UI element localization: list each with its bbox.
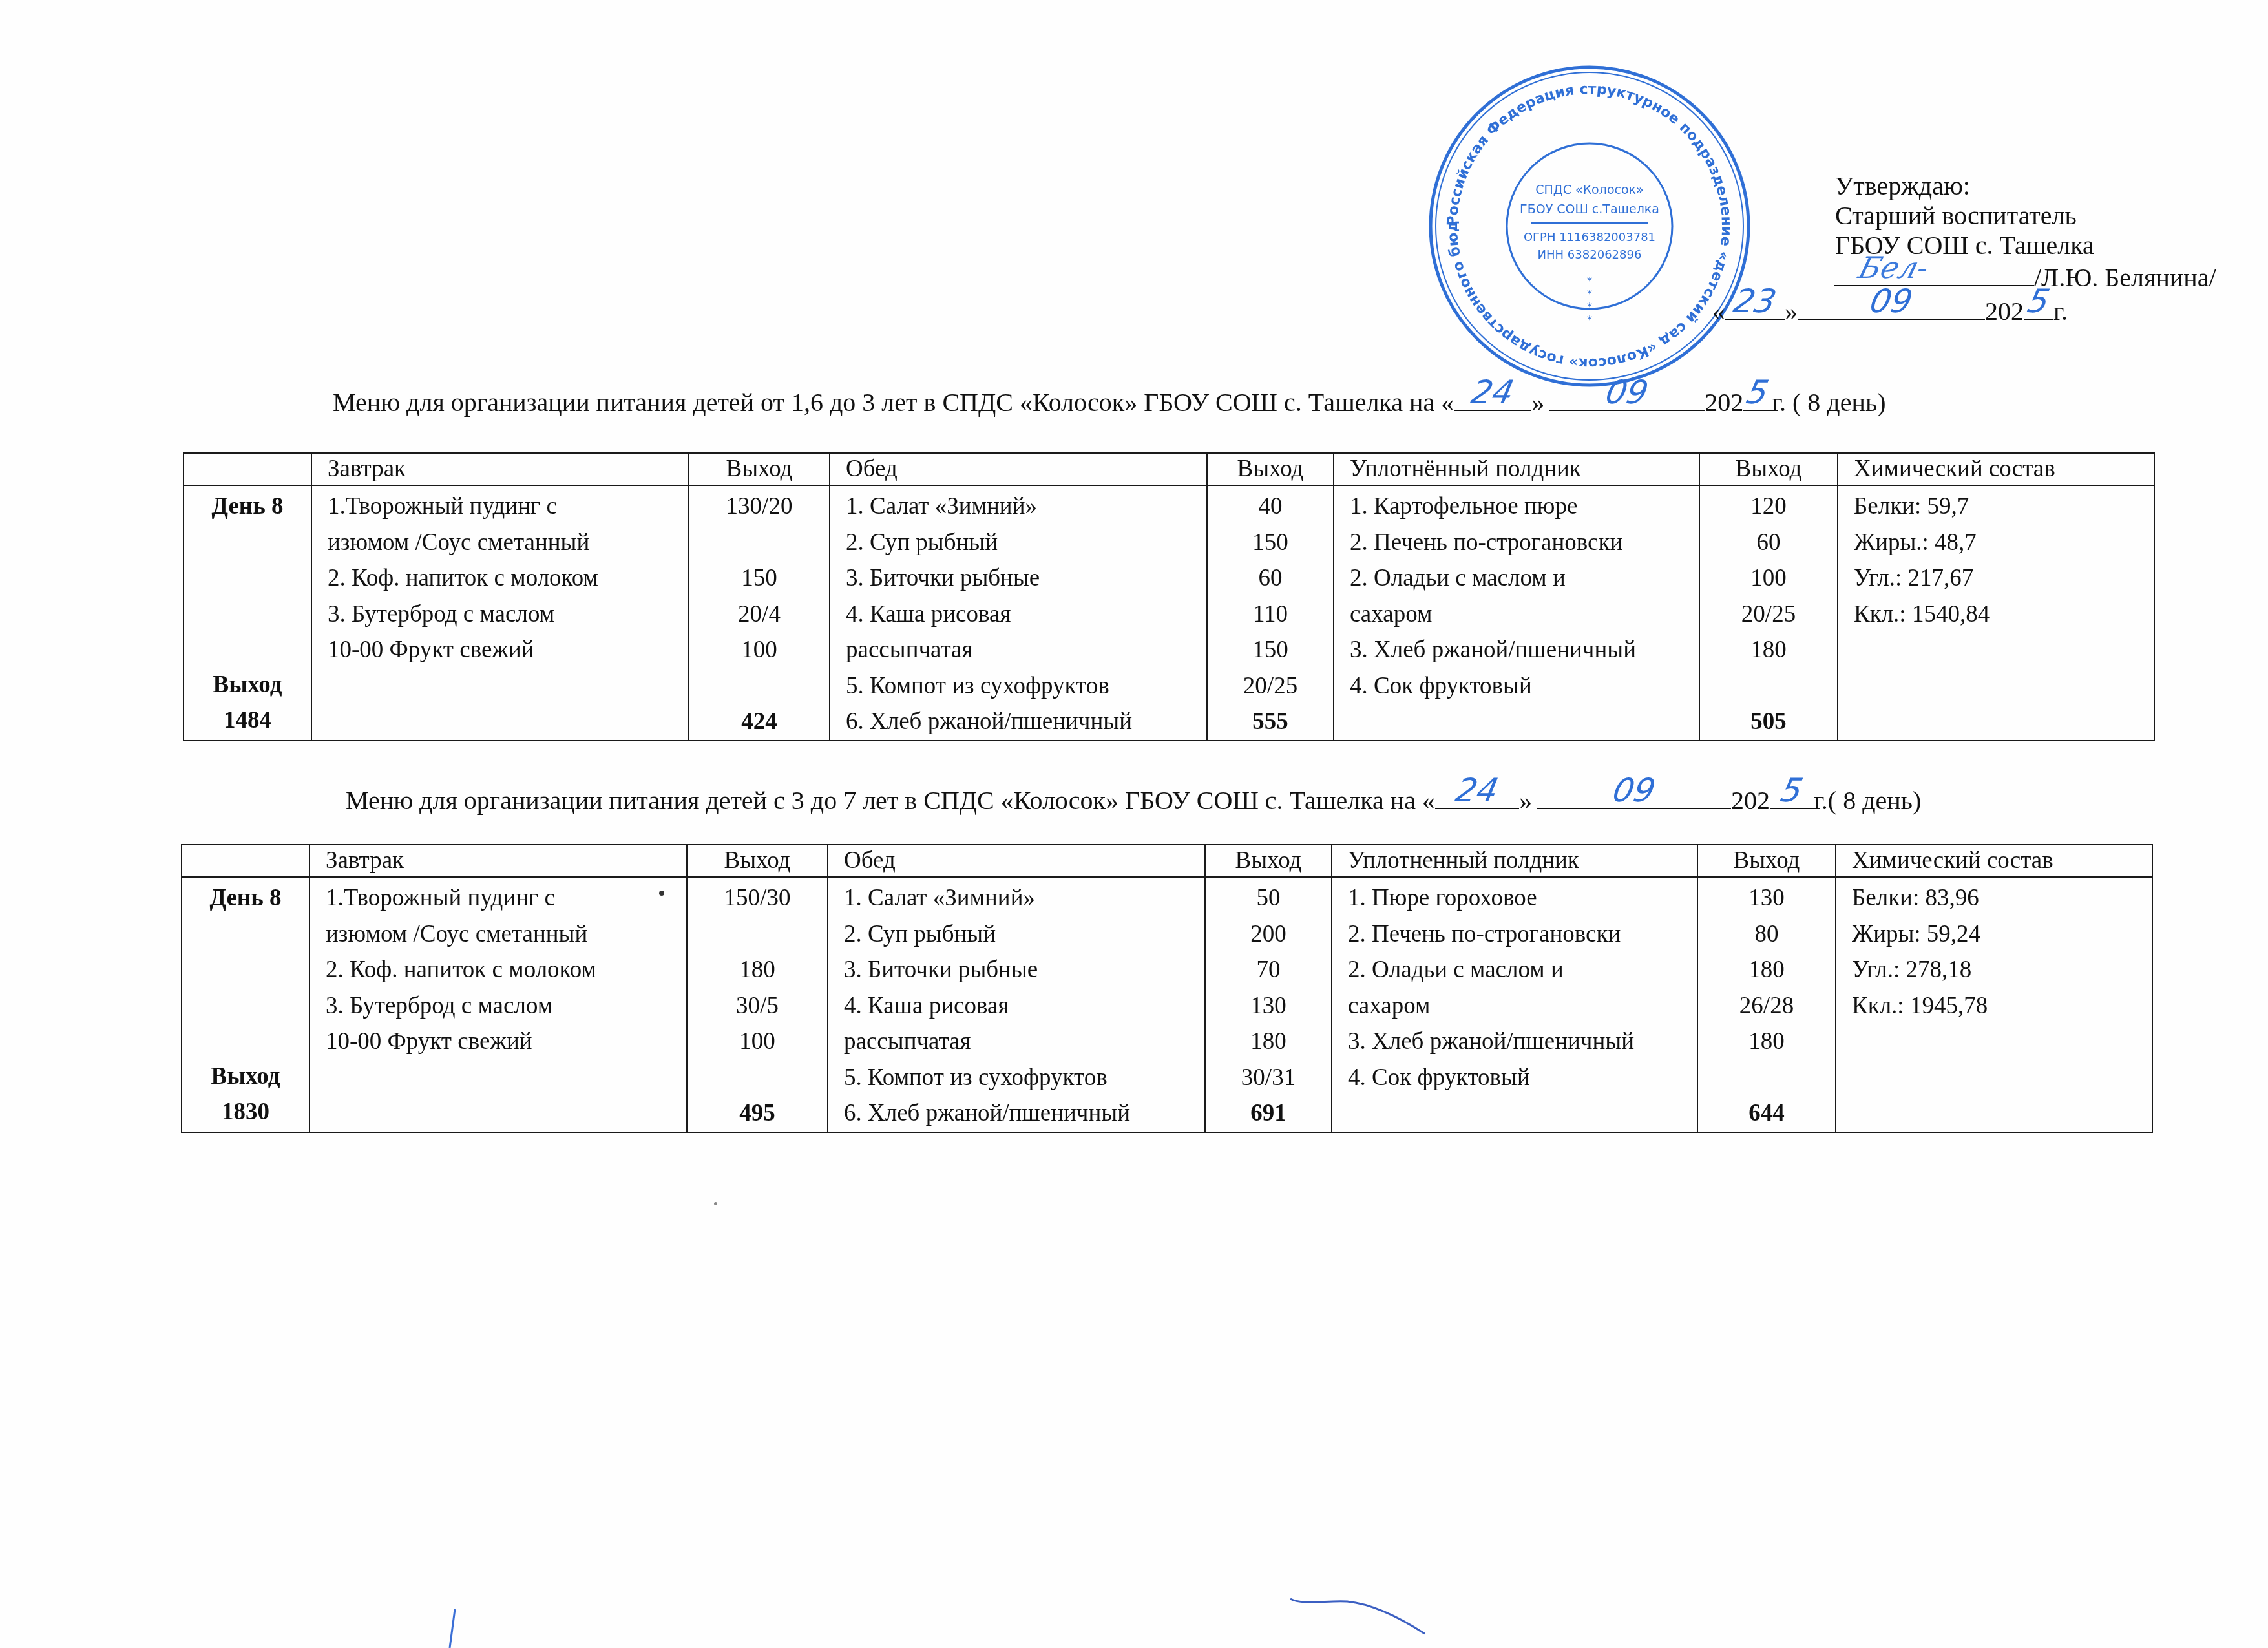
cell-line: сахаром [1334,597,1699,633]
cell-line: 2. Коф. напиток с молоком [310,952,686,988]
chemical-composition: Белки: 59,7Жиры.: 48,7Угл.: 217,67Ккл.: … [1838,485,2154,741]
cell-line [312,668,688,704]
lunch-outputs: 502007013018030/31691 [1205,877,1332,1132]
menu-title-preschool: Меню для организации питания детей с 3 д… [346,782,1921,816]
cell-line: 100 [689,632,829,668]
snack-outputs: 1206010020/25180505 [1699,485,1838,741]
header-snack: Уплотнённый полдник [1334,453,1699,485]
cell-line: Ккл.: 1540,84 [1838,597,2154,633]
header-snack-output: Выход [1699,453,1838,485]
cell-line: 1. Картофельное пюре [1334,489,1699,525]
table-row: День 8 Выход 1484 1.Творожный пудинг сиз… [184,485,2154,741]
header-blank [184,453,311,485]
snack-items: 1. Картофельное пюре2. Печень по-строган… [1334,485,1699,741]
cell-line: 5. Компот из сухофруктов [830,668,1206,704]
cell-line: 20/25 [1208,668,1333,704]
meal-total-output: 505 [1700,704,1837,740]
svg-text:*: * [1587,288,1592,300]
cell-line [1698,1060,1835,1096]
cell-line [312,704,688,740]
cell-line: 60 [1208,560,1333,597]
stamp-seal-icon: Российская Федерация структурное подразд… [1425,61,1754,391]
snack-items: 1. Пюре гороховое2. Печень по-строгановс… [1332,877,1697,1132]
handwritten-year-digit: 5 [1740,376,1776,408]
day-label: День 8 [184,489,311,525]
cell-line: 3. Хлеб ржаной/пшеничный [1334,632,1699,668]
approval-month-field: 09 [1798,293,1985,320]
cell-line: 130 [1698,880,1835,916]
cell-line: 5. Компот из сухофруктов [828,1060,1204,1096]
breakfast-outputs: 130/2015020/4100424 [689,485,830,741]
cell-line [688,916,827,953]
handwritten-day: 24 [1432,774,1523,807]
cell-line: 130 [1206,988,1331,1024]
handwritten-year-digit: 5 [1767,774,1818,807]
snack-outputs: 1308018026/28180644 [1697,877,1836,1132]
cell-line: 60 [1700,525,1837,561]
cell-line: 2. Суп рыбный [830,525,1206,561]
approver-position: Старший воспитатель [1835,201,2216,231]
cell-line: 4. Сок фруктовый [1332,1060,1697,1096]
cell-line: 10-00 Фрукт свежий [310,1024,686,1060]
cell-line: 6. Хлеб ржаной/пшеничный [830,704,1206,740]
lunch-outputs: 401506011015020/25555 [1207,485,1334,741]
day-cell: День 8 Выход 1484 [184,485,311,741]
cell-line: сахаром [1332,988,1697,1024]
handwritten-month: 09 [1546,376,1708,408]
header-breakfast-output: Выход [689,453,830,485]
table-header-row: Завтрак Выход Обед Выход Уплотненный пол… [182,845,2152,877]
signer-name: /Л.Ю. Белянина/ [2034,263,2216,292]
cell-line: изюмом /Соус сметанный [310,916,686,953]
cell-line: 3. Биточки рыбные [830,560,1206,597]
cell-line: Белки: 59,7 [1838,489,2154,525]
cell-line: 30/5 [688,988,827,1024]
handwritten-signature: Бел- [1856,253,1932,282]
cell-line: 1. Салат «Зимний» [828,880,1204,916]
cell-line: изюмом /Соус сметанный [312,525,688,561]
header-breakfast-output: Выход [687,845,828,877]
header-chemical-composition: Химический состав [1838,453,2154,485]
stamp-inn: ИНН 6382062896 [1538,248,1642,262]
cell-line: 120 [1700,489,1837,525]
cell-line: 20/4 [689,597,829,633]
header-breakfast: Завтрак [311,453,689,485]
handwritten-day: 24 [1451,376,1535,408]
cell-line: 2. Оладьи с маслом и [1334,560,1699,597]
header-chemical-composition: Химический состав [1836,845,2152,877]
approval-day-field: 23 [1725,293,1785,320]
scan-speck [659,891,664,896]
cell-line [1332,1095,1697,1132]
cell-line: Жиры.: 48,7 [1838,525,2154,561]
cell-line [310,1095,686,1132]
cell-line [310,1060,686,1096]
stamp-center-line-2: ГБОУ СОШ с.Ташелка [1520,202,1659,217]
breakfast-items: 1.Творожный пудинг сизюмом /Соус сметанн… [311,485,689,741]
svg-text:*: * [1587,301,1592,313]
cell-line: 2. Суп рыбный [828,916,1204,953]
cell-line: 180 [1700,632,1837,668]
cell-line [688,1060,827,1096]
cell-line: 20/25 [1700,597,1837,633]
cell-line: 1.Творожный пудинг с [312,489,688,525]
cell-line: рассыпчатая [828,1024,1204,1060]
header-snack: Уплотненный полдник [1332,845,1697,877]
stamp-ogrn: ОГРН 1116382003781 [1524,231,1655,244]
meal-total-output: 555 [1208,704,1333,740]
cell-line: 6. Хлеб ржаной/пшеничный [828,1095,1204,1132]
lunch-items: 1. Салат «Зимний»2. Суп рыбный3. Биточки… [830,485,1207,741]
cell-line: 180 [688,952,827,988]
cell-line: 26/28 [1698,988,1835,1024]
menu1-year-field: 5 [1743,384,1772,411]
cell-line: 100 [1700,560,1837,597]
cell-line: 110 [1208,597,1333,633]
cell-line: 200 [1206,916,1331,953]
header-breakfast: Завтрак [310,845,687,877]
cell-line: 4. Каша рисовая [828,988,1204,1024]
cell-line: 2. Печень по-строгановски [1334,525,1699,561]
cell-line: 130/20 [689,489,829,525]
menu2-day-field: 24 [1435,782,1519,809]
header-lunch-output: Выход [1205,845,1332,877]
day-label: День 8 [182,880,309,916]
cell-line: 2. Печень по-строгановски [1332,916,1697,953]
meal-total-output: 424 [689,704,829,740]
pen-stroke-mark [1289,1596,1431,1635]
cell-line: 3. Хлеб ржаной/пшеничный [1332,1024,1697,1060]
cell-line: 1. Пюре гороховое [1332,880,1697,916]
handwritten-day: 23 [1722,285,1789,317]
cell-line: 2. Коф. напиток с молоком [312,560,688,597]
handwritten-year-digit: 5 [2021,285,2057,317]
cell-line: 100 [688,1024,827,1060]
day-total-label: Выход [182,1059,309,1095]
header-lunch-output: Выход [1207,453,1334,485]
cell-line: 3. Бутерброд с маслом [312,597,688,633]
approval-year-field: 5 [2024,293,2053,320]
cell-line: 70 [1206,952,1331,988]
day-total-value: 1830 [182,1094,309,1130]
cell-line [1334,704,1699,740]
lunch-items: 1. Салат «Зимний»2. Суп рыбный3. Биточки… [828,877,1205,1132]
cell-line: 180 [1698,952,1835,988]
handwritten-month: 09 [1534,774,1735,807]
signature-field: Бел- [1834,260,2034,286]
cell-line: 1.Творожный пудинг с [310,880,686,916]
cell-line: 4. Сок фруктовый [1334,668,1699,704]
cell-line: 10-00 Фрукт свежий [312,632,688,668]
menu2-month-field: 09 [1537,782,1731,809]
cell-line: 3. Бутерброд с маслом [310,988,686,1024]
cell-line: 4. Каша рисовая [830,597,1206,633]
menu1-day-field: 24 [1454,384,1531,411]
cell-line: Белки: 83,96 [1836,880,2152,916]
cell-line: 30/31 [1206,1060,1331,1096]
cell-line: 180 [1698,1024,1835,1060]
cell-line: 1. Салат «Зимний» [830,489,1206,525]
cell-line: 2. Оладьи с маслом и [1332,952,1697,988]
cell-line: 150 [1208,525,1333,561]
cell-line: Угл.: 217,67 [1838,560,2154,597]
day-total-label: Выход [184,667,311,703]
cell-line: 50 [1206,880,1331,916]
cell-line: 40 [1208,489,1333,525]
menu-table-toddlers: Завтрак Выход Обед Выход Уплотнённый пол… [183,452,2155,741]
official-stamp: Российская Федерация структурное подразд… [1425,61,1754,391]
meal-total-output: 495 [688,1095,827,1132]
pen-stroke-mark [446,1609,459,1648]
cell-line: рассыпчатая [830,632,1206,668]
svg-text:*: * [1587,275,1592,287]
table-row: День 8 Выход 1830 1.Творожный пудинг сиз… [182,877,2152,1132]
cell-line [689,668,829,704]
handwritten-month: 09 [1794,285,1989,317]
menu2-year-field: 5 [1770,782,1814,809]
cell-line: 150 [1208,632,1333,668]
approval-block: Утверждаю: Старший воспитатель ГБОУ СОШ … [1835,171,2216,293]
meal-total-output: 644 [1698,1095,1835,1132]
stamp-center-line-1: СПДС «Колосок» [1535,183,1643,197]
cell-line [689,525,829,561]
chemical-composition: Белки: 83,96Жиры: 59,24Угл.: 278,18Ккл.:… [1836,877,2152,1132]
table-header-row: Завтрак Выход Обед Выход Уплотнённый пол… [184,453,2154,485]
cell-line [1700,668,1837,704]
menu-table-preschool: Завтрак Выход Обед Выход Уплотненный пол… [181,844,2153,1133]
breakfast-outputs: 150/3018030/5100495 [687,877,828,1132]
cell-line: 150 [689,560,829,597]
breakfast-items: 1.Творожный пудинг сизюмом /Соус сметанн… [310,877,687,1132]
day-cell: День 8 Выход 1830 [182,877,310,1132]
approval-heading: Утверждаю: [1835,171,2216,201]
cell-line: 180 [1206,1024,1331,1060]
cell-line: 3. Биточки рыбные [828,952,1204,988]
header-blank [182,845,310,877]
day-total-value: 1484 [184,703,311,739]
header-lunch: Обед [830,453,1207,485]
header-snack-output: Выход [1697,845,1836,877]
cell-line: Угл.: 278,18 [1836,952,2152,988]
cell-line: 150/30 [688,880,827,916]
header-lunch: Обед [828,845,1205,877]
scan-speck [714,1202,717,1205]
menu-title-toddlers: Меню для организации питания детей от 1,… [333,384,1885,417]
cell-line: 80 [1698,916,1835,953]
cell-line: Ккл.: 1945,78 [1836,988,2152,1024]
cell-line: Жиры: 59,24 [1836,916,2152,953]
meal-total-output: 691 [1206,1095,1331,1132]
menu1-month-field: 09 [1549,384,1705,411]
svg-text:*: * [1587,313,1592,326]
